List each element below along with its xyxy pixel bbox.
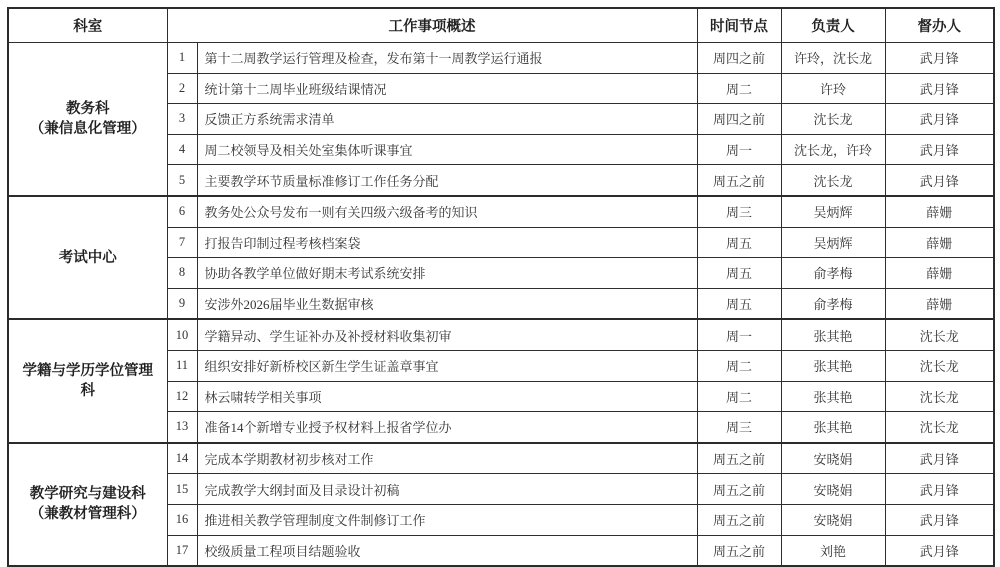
time-cell: 周二 [697,381,781,412]
supervisor-cell: 武月锋 [885,134,994,165]
task-cell: 学籍异动、学生证补办及补授材料收集初审 [197,319,697,350]
row-number-cell: 5 [167,165,197,196]
row-number-cell: 16 [167,504,197,535]
row-number-cell: 14 [167,443,197,474]
owner-cell: 沈长龙 [781,165,885,196]
task-cell: 林云啸转学相关事项 [197,381,697,412]
task-cell: 周二校领导及相关处室集体听课事宜 [197,134,697,165]
owner-cell: 许玲，沈长龙 [781,43,885,74]
supervisor-cell: 武月锋 [885,535,994,552]
owner-cell: 刘艳 [781,535,885,552]
time-cell: 周五之前 [697,504,781,535]
task-cell: 校级质量工程项目结题验收 [197,535,697,552]
task-cell: 第十二周教学运行管理及检查，发布第十一周教学运行通报 [197,43,697,74]
department-cell: 学籍与学历学位管理科 [8,319,167,442]
time-cell: 周五 [697,258,781,289]
row-number-cell: 9 [167,288,197,319]
table-header: 科室 工作事项概述 时间节点 负责人 督办人 [8,8,994,43]
row-number-cell: 13 [167,412,197,443]
row-number-cell: 11 [167,350,197,381]
owner-cell: 吴炳辉 [781,227,885,258]
owner-cell: 安晓娟 [781,504,885,535]
header-task: 工作事项概述 [167,8,697,43]
task-cell: 主要教学环节质量标准修订工作任务分配 [197,165,697,196]
owner-cell: 许玲 [781,73,885,104]
department-line: 教务科 [17,99,159,119]
row-number-cell: 15 [167,474,197,505]
supervisor-cell: 沈长龙 [885,381,994,412]
row-number-cell: 1 [167,43,197,74]
time-cell: 周五之前 [697,535,781,552]
department-cell: 教务科（兼信息化管理） [8,43,167,196]
task-cell: 组织安排好新桥校区新生学生证盖章事宜 [197,350,697,381]
supervisor-cell: 武月锋 [885,73,994,104]
header-supervisor: 督办人 [885,8,994,43]
task-cell: 完成教学大纲封面及目录设计初稿 [197,474,697,505]
table-body: 教务科（兼信息化管理）1第十二周教学运行管理及检查，发布第十一周教学运行通报周四… [8,43,994,553]
supervisor-cell: 武月锋 [885,443,994,474]
task-cell: 打报告印制过程考核档案袋 [197,227,697,258]
supervisor-cell: 武月锋 [885,165,994,196]
time-cell: 周五之前 [697,443,781,474]
supervisor-cell: 沈长龙 [885,350,994,381]
header-row: 科室 工作事项概述 时间节点 负责人 督办人 [8,8,994,43]
table-row: 学籍与学历学位管理科10学籍异动、学生证补办及补授材料收集初审周一张其艳沈长龙 [8,319,994,350]
department-line: 教学研究与建设科 [17,484,159,504]
row-number-cell: 7 [167,227,197,258]
department-cell: 教学研究与建设科（兼教材管理科） [8,443,167,552]
owner-cell: 张其艳 [781,381,885,412]
header-owner: 负责人 [781,8,885,43]
owner-cell: 俞孝梅 [781,288,885,319]
table-row: 教务科（兼信息化管理）1第十二周教学运行管理及检查，发布第十一周教学运行通报周四… [8,43,994,74]
owner-cell: 张其艳 [781,319,885,350]
table-row: 考试中心6教务处公众号发布一则有关四级六级备考的知识周三吴炳辉薛姗 [8,196,994,227]
owner-cell: 沈长龙 [781,104,885,135]
row-number-cell: 8 [167,258,197,289]
owner-cell: 沈长龙，许玲 [781,134,885,165]
work-table: 科室 工作事项概述 时间节点 负责人 督办人 教务科（兼信息化管理）1第十二周教… [7,7,995,552]
supervisor-cell: 武月锋 [885,104,994,135]
header-time: 时间节点 [697,8,781,43]
owner-cell: 张其艳 [781,412,885,443]
department-line: 学籍与学历学位管理 [17,361,159,381]
task-cell: 教务处公众号发布一则有关四级六级备考的知识 [197,196,697,227]
supervisor-cell: 武月锋 [885,43,994,74]
department-line: 科 [17,381,159,401]
row-number-cell: 12 [167,381,197,412]
row-number-cell: 3 [167,104,197,135]
task-cell: 安涉外2026届毕业生数据审核 [197,288,697,319]
time-cell: 周二 [697,73,781,104]
supervisor-cell: 薛姗 [885,288,994,319]
owner-cell: 吴炳辉 [781,196,885,227]
time-cell: 周二 [697,350,781,381]
supervisor-cell: 薛姗 [885,258,994,289]
time-cell: 周三 [697,196,781,227]
supervisor-cell: 沈长龙 [885,319,994,350]
department-line: 考试中心 [17,248,159,268]
owner-cell: 俞孝梅 [781,258,885,289]
supervisor-cell: 薛姗 [885,227,994,258]
task-cell: 统计第十二周毕业班级结课情况 [197,73,697,104]
task-cell: 推进相关教学管理制度文件制修订工作 [197,504,697,535]
department-line: （兼信息化管理） [17,119,159,139]
owner-cell: 安晓娟 [781,443,885,474]
row-number-cell: 4 [167,134,197,165]
row-number-cell: 6 [167,196,197,227]
row-number-cell: 17 [167,535,197,552]
task-cell: 反馈正方系统需求清单 [197,104,697,135]
supervisor-cell: 武月锋 [885,474,994,505]
owner-cell: 安晓娟 [781,474,885,505]
task-cell: 协助各教学单位做好期末考试系统安排 [197,258,697,289]
time-cell: 周五 [697,227,781,258]
row-number-cell: 10 [167,319,197,350]
department-line: （兼教材管理科） [17,504,159,524]
time-cell: 周五之前 [697,165,781,196]
department-cell: 考试中心 [8,196,167,319]
time-cell: 周三 [697,412,781,443]
table-row: 教学研究与建设科（兼教材管理科）14完成本学期教材初步核对工作周五之前安晓娟武月… [8,443,994,474]
time-cell: 周一 [697,319,781,350]
document-sheet: 科室 工作事项概述 时间节点 负责人 督办人 教务科（兼信息化管理）1第十二周教… [7,7,995,552]
task-cell: 完成本学期教材初步核对工作 [197,443,697,474]
supervisor-cell: 武月锋 [885,504,994,535]
row-number-cell: 2 [167,73,197,104]
header-department: 科室 [8,8,167,43]
task-cell: 准备14个新增专业授予权材料上报省学位办 [197,412,697,443]
time-cell: 周四之前 [697,43,781,74]
owner-cell: 张其艳 [781,350,885,381]
supervisor-cell: 薛姗 [885,196,994,227]
supervisor-cell: 沈长龙 [885,412,994,443]
time-cell: 周五 [697,288,781,319]
time-cell: 周五之前 [697,474,781,505]
time-cell: 周四之前 [697,104,781,135]
time-cell: 周一 [697,134,781,165]
